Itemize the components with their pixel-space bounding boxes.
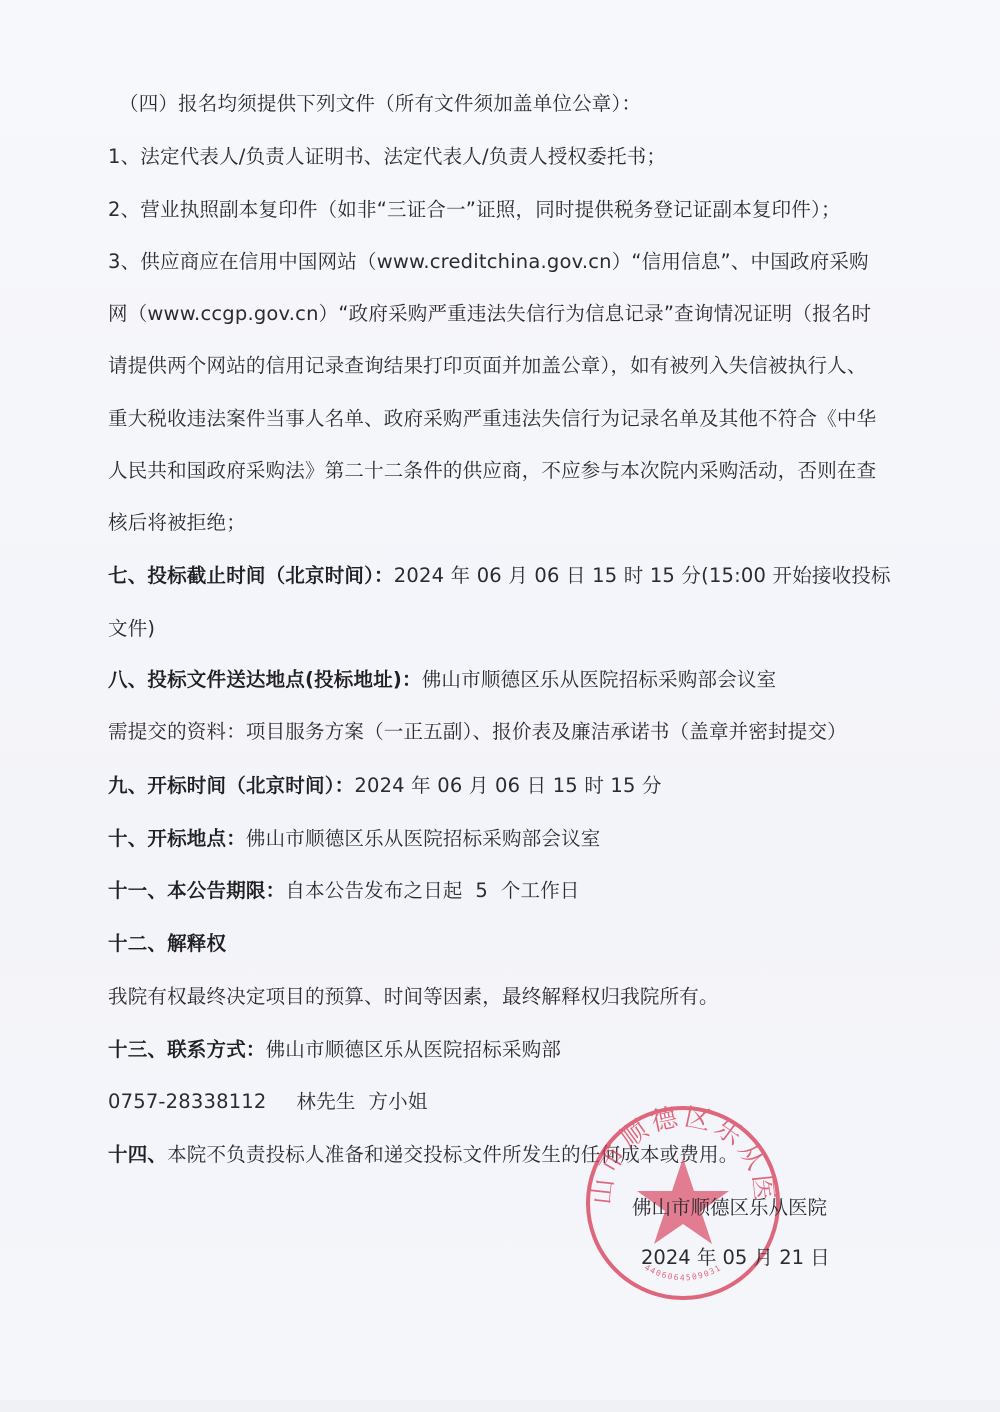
page-bottom-edge: [0, 1400, 1000, 1412]
section-11-notice-period: 十一、本公告期限：自本公告发布之日起 5 个工作日: [108, 877, 580, 905]
section-14-disclaimer: 十四、本院不负责投标人准备和递交投标文件所发生的任何成本或费用。: [108, 1141, 738, 1169]
requirement-item-3-line-5: 人民共和国政府采购法》第二十二条件的供应商，不应参与本次院内采购活动，否则在查: [108, 457, 876, 485]
section-8-materials: 需提交的资料：项目服务方案（一正五副）、报价表及廉洁承诺书（盖章并密封提交）: [108, 718, 847, 746]
contact-phone: 0757-28338112: [108, 1090, 267, 1113]
document-page: （四）报名均须提供下列文件（所有文件须加盖单位公章）： 1、法定代表人/负责人证…: [0, 0, 1000, 1412]
section-9-opening-time: 九、开标时间（北京时间）：2024 年 06 月 06 日 15 时 15 分: [108, 772, 662, 800]
section-12-value: 我院有权最终决定项目的预算、时间等因素，最终解释权归我院所有。: [108, 983, 719, 1011]
section-10-label: 十、开标地点：: [108, 827, 246, 850]
section-7-continuation: 文件): [108, 615, 155, 643]
section-7-value: 2024 年 06 月 06 日 15 时 15 分(15:00 开始接收投标: [394, 564, 891, 587]
section-11-label: 十一、本公告期限：: [108, 879, 285, 902]
requirement-item-3-line-1: 3、供应商应在信用中国网站（www.creditchina.gov.cn）“信用…: [108, 248, 869, 276]
requirement-item-3-line-6: 核后将被拒绝；: [108, 509, 246, 537]
requirement-item-3-line-3: 请提供两个网站的信用记录查询结果打印页面并加盖公章），如有被列入失信被执行人、: [108, 352, 867, 380]
signature-date: 2024 年 05 月 21 日: [641, 1244, 830, 1272]
requirement-item-3-line-2: 网（www.ccgp.gov.cn）“政府采购严重违法失信行为信息记录”查询情况…: [108, 300, 871, 328]
section-14-value: 本院不负责投标人准备和递交投标文件所发生的任何成本或费用。: [167, 1143, 738, 1166]
section-8-label: 八、投标文件送达地点(投标地址)：: [108, 668, 422, 691]
contact-persons: 林先生 方小姐: [297, 1090, 428, 1113]
section-14-label: 十四、: [108, 1143, 167, 1166]
section-13-phone-contacts: 0757-28338112林先生 方小姐: [108, 1088, 428, 1116]
section-13-contact: 十三、联系方式：佛山市顺德区乐从医院招标采购部: [108, 1036, 561, 1064]
signature-organization: 佛山市顺德区乐从医院: [632, 1194, 827, 1222]
requirement-item-2: 2、营业执照副本复印件（如非“三证合一”证照，同时提供税务登记证副本复印件）；: [108, 196, 841, 224]
section-9-value: 2024 年 06 月 06 日 15 时 15 分: [354, 774, 661, 797]
section-10-value: 佛山市顺德区乐从医院招标采购部会议室: [246, 827, 601, 850]
section-7-bid-deadline: 七、投标截止时间（北京时间）：2024 年 06 月 06 日 15 时 15 …: [108, 562, 891, 590]
section-12-label: 十二、解释权: [108, 930, 226, 958]
requirement-item-1: 1、法定代表人/负责人证明书、法定代表人/负责人授权委托书；: [108, 143, 666, 171]
section-8-value: 佛山市顺德区乐从医院招标采购部会议室: [422, 668, 777, 691]
section-7-label: 七、投标截止时间（北京时间）：: [108, 564, 394, 587]
section-10-opening-location: 十、开标地点：佛山市顺德区乐从医院招标采购部会议室: [108, 825, 601, 853]
section-13-label: 十三、联系方式：: [108, 1038, 266, 1061]
section-13-value: 佛山市顺德区乐从医院招标采购部: [266, 1038, 562, 1061]
section-8-delivery-location: 八、投标文件送达地点(投标地址)：佛山市顺德区乐从医院招标采购部会议室: [108, 666, 776, 694]
section-9-label: 九、开标时间（北京时间）：: [108, 774, 354, 797]
section-11-value: 自本公告发布之日起 5 个工作日: [285, 879, 579, 902]
requirement-item-3-line-4: 重大税收违法案件当事人名单、政府采购严重违法失信行为记录名单及其他不符合《中华: [108, 405, 876, 433]
section-4-heading: （四）报名均须提供下列文件（所有文件须加盖单位公章）：: [119, 90, 641, 118]
